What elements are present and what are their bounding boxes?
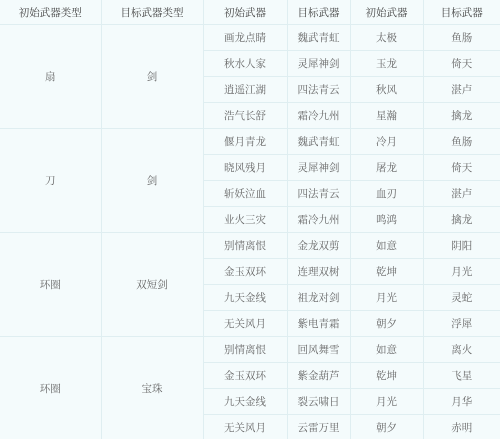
target-weapon-cell-2: 湛卢 [423, 77, 500, 103]
target-type-cell: 剑 [101, 129, 203, 233]
source-weapon-cell-2: 朝夕 [350, 415, 423, 439]
target-weapon-cell: 云雷万里 [287, 415, 350, 439]
source-weapon-cell-2: 血刃 [350, 181, 423, 207]
source-weapon-cell-2: 太极 [350, 25, 423, 51]
source-weapon-cell-2: 月光 [350, 285, 423, 311]
source-weapon-cell-2: 乾坤 [350, 259, 423, 285]
target-weapon-cell: 魏武青虹 [287, 25, 350, 51]
target-weapon-cell-2: 浮犀 [423, 311, 500, 337]
weapon-conversion-table: 初始武器类型 目标武器类型 初始武器 目标武器 初始武器 目标武器 扇 剑 画龙… [0, 0, 500, 439]
source-weapon-cell-2: 星瀚 [350, 103, 423, 129]
source-type-cell: 扇 [0, 25, 101, 129]
source-weapon-cell: 九天金线 [203, 285, 287, 311]
source-weapon-cell: 无关风月 [203, 415, 287, 439]
source-weapon-cell-2: 如意 [350, 337, 423, 363]
source-weapon-cell: 偃月青龙 [203, 129, 287, 155]
target-weapon-cell: 霜冷九州 [287, 103, 350, 129]
target-weapon-cell: 灵犀神剑 [287, 155, 350, 181]
target-weapon-cell-2: 倚天 [423, 51, 500, 77]
source-weapon-cell: 业火三灾 [203, 207, 287, 233]
table-row: 扇 剑 画龙点睛 魏武青虹 太极 鱼肠 [0, 25, 500, 51]
source-weapon-cell: 无关风月 [203, 311, 287, 337]
source-weapon-cell: 九天金线 [203, 389, 287, 415]
header-source-weapon-type: 初始武器类型 [0, 0, 101, 25]
target-weapon-cell: 裂云啸日 [287, 389, 350, 415]
target-type-cell: 双短剑 [101, 233, 203, 337]
target-weapon-cell: 祖龙对剑 [287, 285, 350, 311]
target-weapon-cell-2: 擒龙 [423, 103, 500, 129]
table-row: 环圈 宝珠 别情离恨 回风舞雪 如意 离火 [0, 337, 500, 363]
header-source-weapon: 初始武器 [203, 0, 287, 25]
source-weapon-cell-2: 朝夕 [350, 311, 423, 337]
target-weapon-cell-2: 赤明 [423, 415, 500, 439]
source-type-cell: 环圈 [0, 337, 101, 439]
table-row: 环圈 双短剑 别情离恨 金龙双剪 如意 阴阳 [0, 233, 500, 259]
target-weapon-cell: 四法青云 [287, 181, 350, 207]
source-weapon-cell: 斩妖泣血 [203, 181, 287, 207]
header-source-weapon-2: 初始武器 [350, 0, 423, 25]
target-weapon-cell-2: 擒龙 [423, 207, 500, 233]
target-weapon-cell-2: 阴阳 [423, 233, 500, 259]
source-weapon-cell-2: 冷月 [350, 129, 423, 155]
target-weapon-cell: 连理双树 [287, 259, 350, 285]
target-weapon-cell: 金龙双剪 [287, 233, 350, 259]
source-weapon-cell: 画龙点睛 [203, 25, 287, 51]
target-weapon-cell: 灵犀神剑 [287, 51, 350, 77]
source-weapon-cell: 金玉双环 [203, 259, 287, 285]
target-weapon-cell: 霜冷九州 [287, 207, 350, 233]
target-weapon-cell: 回风舞雪 [287, 337, 350, 363]
source-type-cell: 刀 [0, 129, 101, 233]
source-weapon-cell-2: 屠龙 [350, 155, 423, 181]
source-weapon-cell: 别情离恨 [203, 233, 287, 259]
source-weapon-cell: 秋水人家 [203, 51, 287, 77]
source-weapon-cell-2: 鸣鸿 [350, 207, 423, 233]
source-weapon-cell: 逍遥江湖 [203, 77, 287, 103]
target-weapon-cell-2: 鱼肠 [423, 129, 500, 155]
source-weapon-cell-2: 玉龙 [350, 51, 423, 77]
target-weapon-cell-2: 灵蛇 [423, 285, 500, 311]
target-weapon-cell: 紫金葫芦 [287, 363, 350, 389]
header-target-weapon-type: 目标武器类型 [101, 0, 203, 25]
header-target-weapon: 目标武器 [287, 0, 350, 25]
source-weapon-cell: 浩气长舒 [203, 103, 287, 129]
table-header-row: 初始武器类型 目标武器类型 初始武器 目标武器 初始武器 目标武器 [0, 0, 500, 25]
source-weapon-cell: 晓风残月 [203, 155, 287, 181]
target-weapon-cell: 魏武青虹 [287, 129, 350, 155]
target-weapon-cell-2: 月光 [423, 259, 500, 285]
source-weapon-cell-2: 月光 [350, 389, 423, 415]
target-weapon-cell: 紫电青霜 [287, 311, 350, 337]
target-weapon-cell-2: 倚天 [423, 155, 500, 181]
header-target-weapon-2: 目标武器 [423, 0, 500, 25]
source-weapon-cell-2: 乾坤 [350, 363, 423, 389]
target-weapon-cell: 四法青云 [287, 77, 350, 103]
source-weapon-cell-2: 秋风 [350, 77, 423, 103]
source-type-cell: 环圈 [0, 233, 101, 337]
table-row: 刀 剑 偃月青龙 魏武青虹 冷月 鱼肠 [0, 129, 500, 155]
target-weapon-cell-2: 离火 [423, 337, 500, 363]
source-weapon-cell: 别情离恨 [203, 337, 287, 363]
target-weapon-cell-2: 鱼肠 [423, 25, 500, 51]
target-weapon-cell-2: 飞星 [423, 363, 500, 389]
target-type-cell: 宝珠 [101, 337, 203, 439]
target-type-cell: 剑 [101, 25, 203, 129]
source-weapon-cell-2: 如意 [350, 233, 423, 259]
source-weapon-cell: 金玉双环 [203, 363, 287, 389]
target-weapon-cell-2: 湛卢 [423, 181, 500, 207]
target-weapon-cell-2: 月华 [423, 389, 500, 415]
